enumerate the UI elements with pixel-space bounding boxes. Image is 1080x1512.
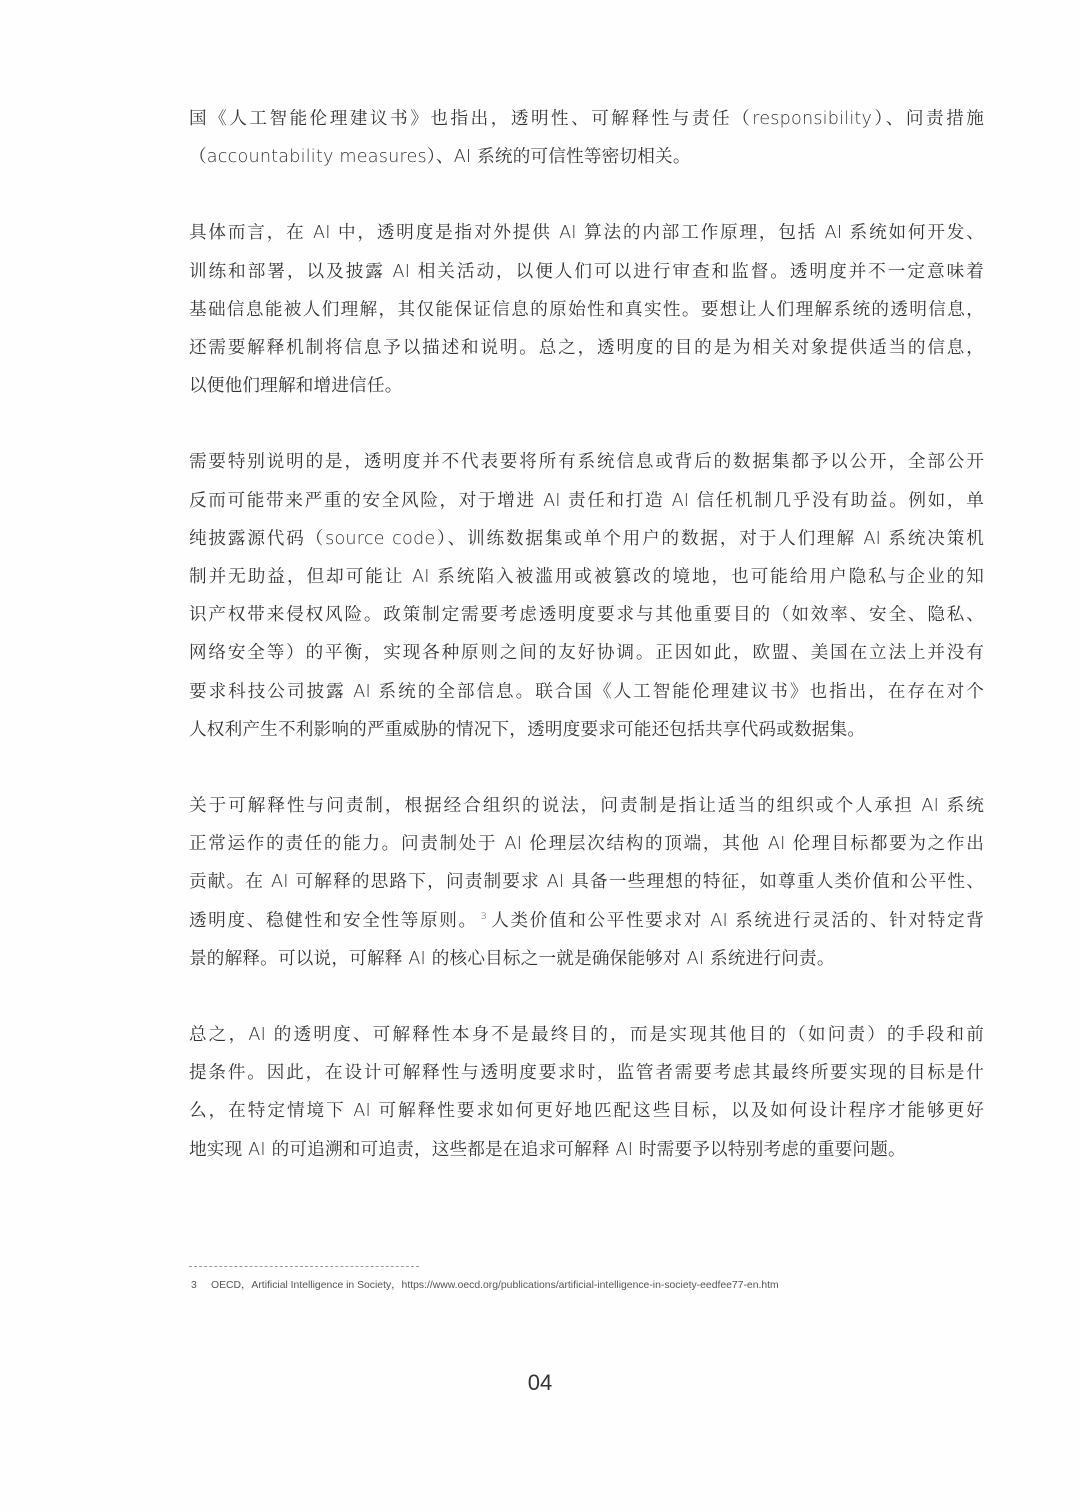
footnote-text[interactable]: OECD，Artificial Intelligence in Society，… (211, 1280, 779, 1291)
paragraph-2: 具体而言，在 AI 中，透明度是指对外提供 AI 算法的内部工作原理，包括 AI… (189, 214, 984, 405)
text-line: 地实现 AI 的可追溯和可追责，这些都是在追求可解释 AI 时需要予以特别考虑的… (189, 1131, 984, 1169)
text-line: 还需要解释机制将信息予以描述和说明。总之，透明度的目的是为相关对象提供适当的信息… (189, 329, 984, 367)
footnote-number: 3 (191, 1280, 211, 1291)
text-line: 关于可解释性与问责制，根据经合组织的说法，问责制是指让适当的组织或个人承担 AI… (189, 787, 984, 825)
text-line: 反而可能带来严重的安全风险，对于增进 AI 责任和打造 AI 信任机制几乎没有助… (189, 482, 984, 520)
text-line: 基础信息能被人们理解，其仅能保证信息的原始性和真实性。要想让人们理解系统的透明信… (189, 291, 984, 329)
page-number: 04 (0, 1370, 1080, 1396)
text-segment: 透明度、稳健性和安全性等原则。 (189, 911, 478, 931)
text-line: 识产权带来侵权风险。政策制定需要考虑透明度要求与其他重要目的（如效率、安全、隐私… (189, 596, 984, 634)
footnote: 3OECD，Artificial Intelligence in Society… (191, 1276, 779, 1291)
footnote-reference[interactable]: 3 (481, 912, 487, 922)
body-text: 国《人工智能伦理建议书》也指出，透明性、可解释性与责任（responsibili… (189, 100, 984, 1207)
text-segment: 人类价值和公平性要求对 AI 系统进行灵活的、针对特定背 (490, 911, 984, 931)
text-line: 以便他们理解和增进信任。 (189, 367, 984, 405)
paragraph-4: 关于可解释性与问责制，根据经合组织的说法，问责制是指让适当的组织或个人承担 AI… (189, 787, 984, 978)
text-line: 正常运作的责任的能力。问责制处于 AI 伦理层次结构的顶端，其他 AI 伦理目标… (189, 825, 984, 863)
paragraph-3: 需要特别说明的是，透明度并不代表要将所有系统信息或背后的数据集都予以公开，全部公… (189, 443, 984, 749)
text-line: 么，在特定情境下 AI 可解释性要求如何更好地匹配这些目标，以及如何设计程序才能… (189, 1092, 984, 1130)
text-line: 制并无助益，但却可能让 AI 系统陷入被滥用或被篡改的境地，也可能给用户隐私与企… (189, 558, 984, 596)
text-line: （accountability measures）、AI 系统的可信性等密切相关… (189, 138, 984, 176)
text-line: 具体而言，在 AI 中，透明度是指对外提供 AI 算法的内部工作原理，包括 AI… (189, 214, 984, 252)
document-page: 国《人工智能伦理建议书》也指出，透明性、可解释性与责任（responsibili… (0, 0, 1080, 1512)
text-line: 需要特别说明的是，透明度并不代表要将所有系统信息或背后的数据集都予以公开，全部公… (189, 443, 984, 481)
text-line: 景的解释。可以说，可解释 AI 的核心目标之一就是确保能够对 AI 系统进行问责… (189, 940, 984, 978)
text-line: 人权利产生不利影响的严重威胁的情况下，透明度要求可能还包括共享代码或数据集。 (189, 711, 984, 749)
paragraph-1: 国《人工智能伦理建议书》也指出，透明性、可解释性与责任（responsibili… (189, 100, 984, 176)
text-line: 提条件。因此，在设计可解释性与透明度要求时，监管者需要考虑其最终所要实现的目标是… (189, 1054, 984, 1092)
text-line: 国《人工智能伦理建议书》也指出，透明性、可解释性与责任（responsibili… (189, 100, 984, 138)
text-line: 贡献。在 AI 可解释的思路下，问责制要求 AI 具备一些理想的特征，如尊重人类… (189, 863, 984, 901)
text-line: 总之，AI 的透明度、可解释性本身不是最终目的，而是实现其他目的（如问责）的手段… (189, 1016, 984, 1054)
text-line: 网络安全等）的平衡，实现各种原则之间的友好协调。正因如此，欧盟、美国在立法上并没… (189, 634, 984, 672)
text-line-with-footnote: 透明度、稳健性和安全性等原则。3人类价值和公平性要求对 AI 系统进行灵活的、针… (189, 902, 984, 940)
paragraph-5: 总之，AI 的透明度、可解释性本身不是最终目的，而是实现其他目的（如问责）的手段… (189, 1016, 984, 1169)
text-line: 纯披露源代码（source code）、训练数据集或单个用户的数据，对于人们理解… (189, 520, 984, 558)
text-line: 训练和部署，以及披露 AI 相关活动，以便人们可以进行审查和监督。透明度并不一定… (189, 253, 984, 291)
footnote-divider (189, 1266, 419, 1267)
text-line: 要求科技公司披露 AI 系统的全部信息。联合国《人工智能伦理建议书》也指出，在存… (189, 673, 984, 711)
